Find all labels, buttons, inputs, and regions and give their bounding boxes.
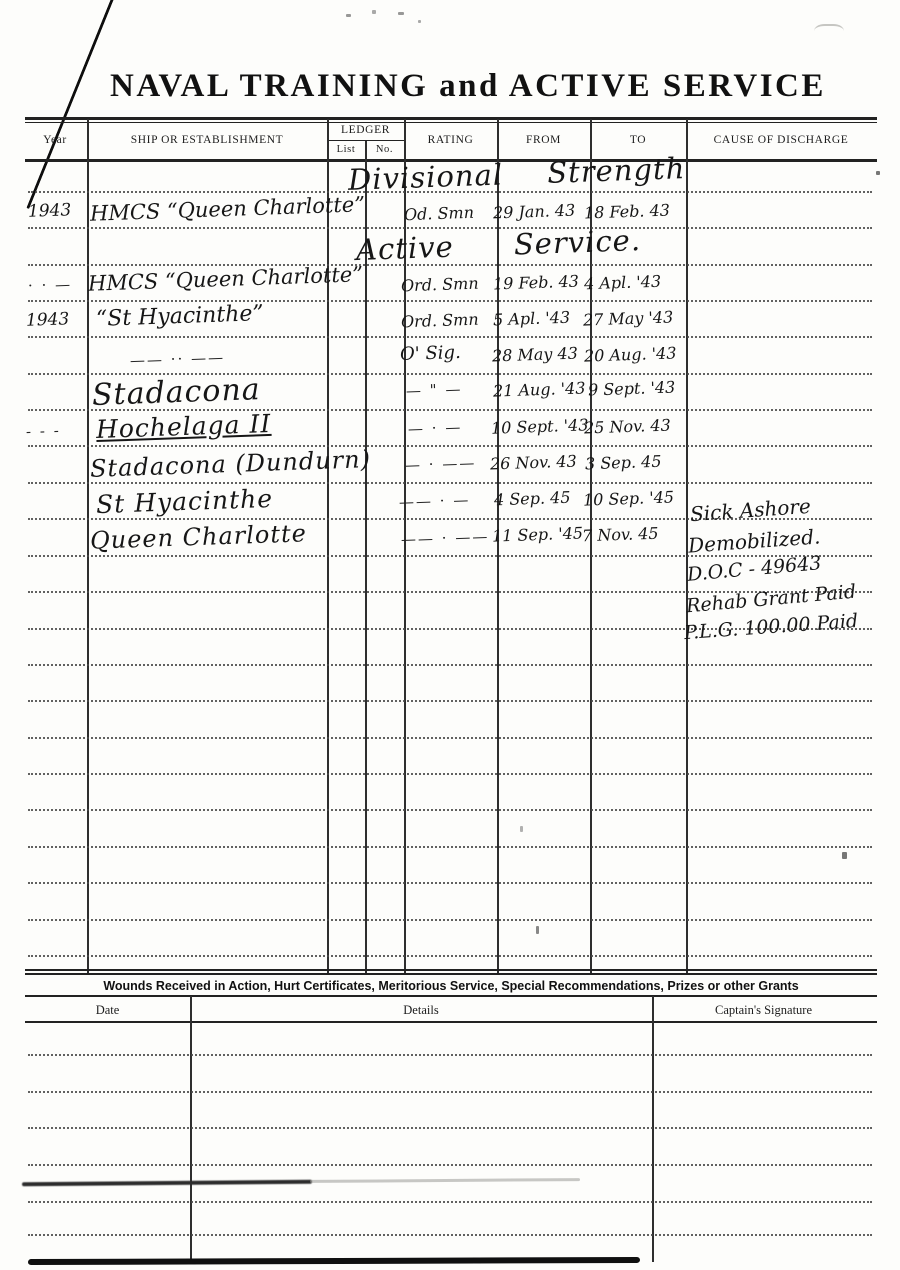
entry-rating: Od. Smn [404,205,474,223]
ruled-line [28,919,872,921]
ruled-line [28,809,872,811]
grants-header-date: Date [25,1003,190,1018]
scan-noise [372,10,376,14]
col-header-rating: RATING [404,134,497,146]
entry-from: 5 Apl. '43 [493,310,571,329]
entry-rating-ditto: — · — [408,420,463,437]
scan-noise [842,852,847,859]
ink-smudge-faint [310,1178,580,1183]
entry-ship: HMCS “Queen Charlotte” [88,264,364,295]
discharge-note: D.O.C - 49643 [686,554,822,585]
ruled-line [28,737,872,739]
ruled-line [28,846,872,848]
ruled-line [28,373,872,375]
ruled-line [28,482,872,484]
section-divider-rule [25,969,877,971]
entry-from: 29 Jan. 43 [493,203,576,222]
entry-ship: Queen Charlotte [90,521,308,553]
table-top-rule [25,117,877,120]
ruled-line [28,955,872,957]
entry-ship: HMCS “Queen Charlotte” [90,194,366,225]
grants-header-signature: Captain's Signature [652,1003,875,1018]
entry-ship-ditto: —— ·· —— [130,350,226,368]
ruled-line [28,664,872,666]
entry-ship: St Hyacinthe [96,486,274,517]
form-title: NAVAL TRAINING and ACTIVE SERVICE [110,68,750,105]
ruled-line [28,700,872,702]
grants-header-details: Details [190,1003,652,1018]
ruled-line [28,1234,872,1236]
ruled-line [28,1127,872,1129]
scanned-form-page: NAVAL TRAINING and ACTIVE SERVICE Year S… [0,0,900,1270]
table-top-rule-2 [25,122,877,123]
ruled-line [28,264,872,266]
grants-column-divider-signature [652,996,654,1262]
ruled-line [28,1164,872,1166]
entry-rating-ditto: — " — [406,382,463,399]
entry-rating-ditto: — · —— [405,456,477,473]
ruled-line [28,445,872,447]
entry-to: 10 Sep. '45 [583,489,675,508]
section-divider-rule-2 [25,973,877,975]
entry-to: 9 Sept. '43 [588,379,676,398]
entry-ship: “St Hyacinthe” [96,303,264,331]
entry-year: 1943 [26,311,70,329]
entry-from: 21 Aug. '43 [493,380,586,399]
scan-noise [536,926,539,934]
entry-to: 25 Nov. 43 [584,417,671,436]
entry-to: 18 Feb. 43 [584,203,670,222]
ruled-line [28,300,872,302]
entry-from: 19 Feb. 43 [493,274,579,293]
col-header-ship: SHIP OR ESTABLISHMENT [87,134,327,146]
heading-divisional-strength: Divisional Strength [348,154,686,195]
entry-rating: Ord. Smn [401,312,479,331]
entry-year-ditto: - - - [26,423,61,439]
col-header-ledger: LEDGER [327,124,404,136]
entry-ship: Stadacona [92,375,262,411]
ruled-line [28,1091,872,1093]
scan-noise [418,20,421,23]
entry-from: 11 Sep. '45 [492,525,584,544]
ruled-line [28,773,872,775]
ink-smudge [22,1180,312,1187]
ruled-line [28,1201,872,1203]
entry-from: 10 Sept. '43 [491,417,589,436]
ruled-line [28,882,872,884]
entry-year: 1943 [28,202,72,220]
ruled-line [28,555,872,557]
ruled-line [28,1054,872,1056]
scan-noise [398,12,404,15]
col-header-to: TO [590,134,686,146]
discharge-note: Demobilized. [687,526,820,555]
entry-rating-ditto: —— · — [399,493,471,510]
entry-ship: Stadacona (Dundurn) [90,447,372,481]
scan-noise [876,171,880,175]
entry-to: 3 Sep. 45 [585,454,662,473]
grants-header-bottom-rule [25,1021,877,1023]
entry-from: 28 May 43 [492,346,578,365]
scan-noise [346,14,351,17]
ruled-line [28,336,872,338]
entry-from: 4 Sep. 45 [494,490,571,509]
col-header-ledger-no: No. [365,144,404,155]
heading-active-service: Active Service. [356,226,642,265]
col-header-from: FROM [497,134,590,146]
grants-heading: Wounds Received in Action, Hurt Certific… [25,979,877,993]
col-header-year: Year [27,134,83,146]
pen-stroke-diagonal [26,0,116,209]
discharge-note: P.L.G. 100.00 Paid [684,612,859,643]
scan-noise [520,826,523,832]
page-edge-mark [28,1257,640,1265]
entry-to: 7 Nov. 45 [582,526,659,545]
entry-to: 4 Apl. '43 [584,274,662,293]
entry-ship: Hochelaga II [96,411,272,442]
entry-to: 20 Aug. '43 [584,345,677,364]
entry-from: 26 Nov. 43 [490,453,577,472]
grants-column-divider-date [190,996,192,1262]
scan-noise-arc [814,24,844,38]
grants-heading-rule [25,995,877,997]
entry-to: 27 May '43 [583,309,674,328]
entry-year: · · — [28,277,73,294]
col-header-cause: CAUSE OF DISCHARGE [686,134,876,146]
entry-rating: Ord. Smn [401,276,479,295]
entry-rating: O' Sig. [400,344,461,364]
entry-rating-ditto: —— · —— [401,529,490,547]
col-header-ledger-list: List [327,144,365,155]
